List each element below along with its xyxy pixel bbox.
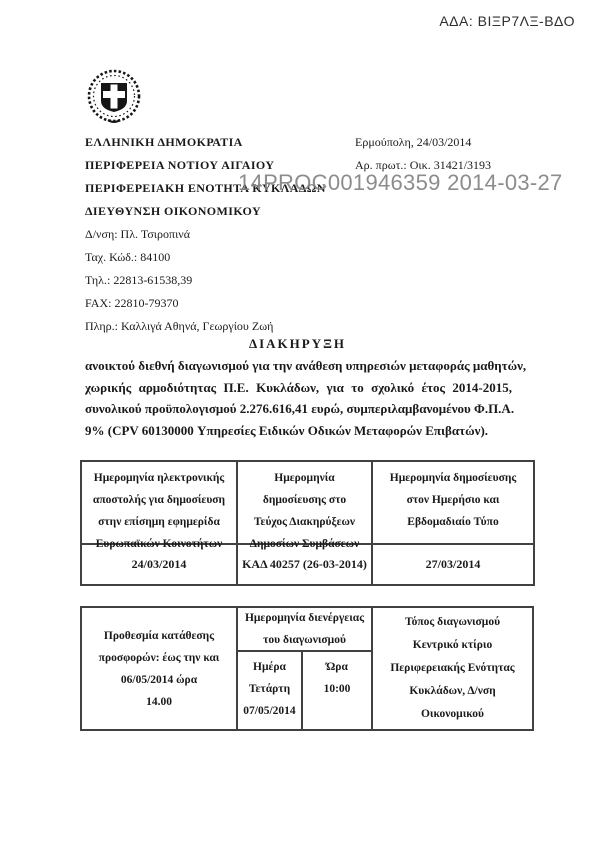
header-line: Ημερομηνία ηλεκτρονικής xyxy=(82,467,236,489)
header-line: Ημερομηνία διενέργειας xyxy=(238,607,371,629)
day-name: Τετάρτη xyxy=(238,678,301,700)
procurement-watermark: 14PROC001946359 2014-03-27 xyxy=(238,170,563,196)
subject-paragraph: ανοικτού διεθνή διαγωνισμού για την ανάθ… xyxy=(85,355,512,442)
deadline-line: Προθεσμία κατάθεσης xyxy=(82,625,236,647)
table-header-press: Ημερομηνία δημοσίευσης στον Ημερήσιο και… xyxy=(373,462,533,545)
venue-line: Περιφερειακής Ενότητας xyxy=(373,657,532,680)
schedule-table: Προθεσμία κατάθεσης προσφορών: έως την κ… xyxy=(80,606,534,731)
header-line: αποστολής για δημοσίευση xyxy=(82,489,236,511)
paragraph-line: συνολικού προϋπολογισμού 2.276.616,41 ευ… xyxy=(85,398,512,420)
deadline-line: 14.00 xyxy=(82,691,236,713)
table-header-gov-gazette: Ημερομηνία δημοσίευσης στο Τεύχος Διακηρ… xyxy=(238,462,373,545)
header-line: στον Ημερήσιο και xyxy=(373,489,533,511)
paragraph-line: ανοικτού διεθνή διαγωνισμού για την ανάθ… xyxy=(85,355,512,377)
conduct-date-body: Ημέρα Τετάρτη 07/05/2014 Ώρα 10:00 xyxy=(238,650,371,729)
header-line: Ημερομηνία δημοσίευσης xyxy=(373,467,533,489)
publication-dates-table: Ημερομηνία ηλεκτρονικής αποστολής για δη… xyxy=(80,460,535,586)
paragraph-line: χωρικής αρμοδιότητας Π.Ε. Κυκλάδων, για … xyxy=(85,377,512,399)
conduct-date-header: Ημερομηνία διενέργειας του διαγωνισμού xyxy=(238,608,371,650)
time-cell: Ώρα 10:00 xyxy=(303,652,371,729)
venue-line: Οικονομικού xyxy=(373,703,532,726)
time-value: 10:00 xyxy=(303,678,371,700)
gov-gazette-date: ΚΑΔ 40257 (26-03-2014) xyxy=(238,545,373,584)
place-date: Ερμούπολη, 24/03/2014 xyxy=(355,131,491,154)
day-label: Ημέρα xyxy=(238,656,301,678)
deadline-line: 06/05/2014 ώρα xyxy=(82,669,236,691)
header-line: του διαγωνισμού xyxy=(238,629,371,651)
header-line: Ημερομηνία xyxy=(238,467,371,489)
document-page: ΑΔΑ: ΒΙΞΡ7ΛΞ-ΒΔΟ 14PROC001946359 2014-03… xyxy=(0,0,595,842)
paragraph-line: 9% (CPV 60130000 Υπηρεσίες Ειδικών Οδικώ… xyxy=(85,420,512,442)
greek-coat-of-arms-icon xyxy=(87,64,141,134)
deadline-line: προσφορών: έως την και xyxy=(82,647,236,669)
org-line-directorate: ΔΙΕΥΘΥΝΣΗ ΟΙΚΟΝΟΜΙΚΟΥ xyxy=(85,200,326,223)
contact-fax: FAX: 22810-79370 xyxy=(85,292,273,315)
org-line-republic: ΕΛΛΗΝΙΚΗ ΔΗΜΟΚΡΑΤΙΑ xyxy=(85,131,326,154)
venue-cell: Τόπος διαγωνισμού Κεντρικό κτίριο Περιφε… xyxy=(373,608,532,729)
document-title: ΔΙΑΚΗΡΥΞΗ xyxy=(0,336,595,352)
conduct-date-cell: Ημερομηνία διενέργειας του διαγωνισμού Η… xyxy=(238,608,373,729)
contact-postal-code: Ταχ. Κώδ.: 84100 xyxy=(85,246,273,269)
day-cell: Ημέρα Τετάρτη 07/05/2014 xyxy=(238,652,303,729)
contact-persons: Πληρ.: Καλλιγά Αθηνά, Γεωργίου Ζωή xyxy=(85,315,273,338)
table-header-eu-journal: Ημερομηνία ηλεκτρονικής αποστολής για δη… xyxy=(82,462,238,545)
offers-deadline-cell: Προθεσμία κατάθεσης προσφορών: έως την κ… xyxy=(82,608,238,729)
time-label: Ώρα xyxy=(303,656,371,678)
header-line: Τεύχος Διακηρύξεων xyxy=(238,511,371,533)
venue-line: Κυκλάδων, Δ/νση xyxy=(373,680,532,703)
header-line: δημοσίευσης στο xyxy=(238,489,371,511)
venue-line: Κεντρικό κτίριο xyxy=(373,634,532,657)
contact-block: Δ/νση: Πλ. Τσιροπινά Ταχ. Κώδ.: 84100 Τη… xyxy=(85,223,273,338)
contact-address: Δ/νση: Πλ. Τσιροπινά xyxy=(85,223,273,246)
day-date: 07/05/2014 xyxy=(238,700,301,722)
header-line: Εβδομαδιαίο Τύπο xyxy=(373,511,533,533)
contact-phone: Τηλ.: 22813-61538,39 xyxy=(85,269,273,292)
header-line: στην επίσημη εφημερίδα xyxy=(82,511,236,533)
eu-journal-date: 24/03/2014 xyxy=(82,545,238,584)
ada-code: ΑΔΑ: ΒΙΞΡ7ΛΞ-ΒΔΟ xyxy=(439,13,575,29)
press-date: 27/03/2014 xyxy=(373,545,533,584)
venue-line: Τόπος διαγωνισμού xyxy=(373,611,532,634)
